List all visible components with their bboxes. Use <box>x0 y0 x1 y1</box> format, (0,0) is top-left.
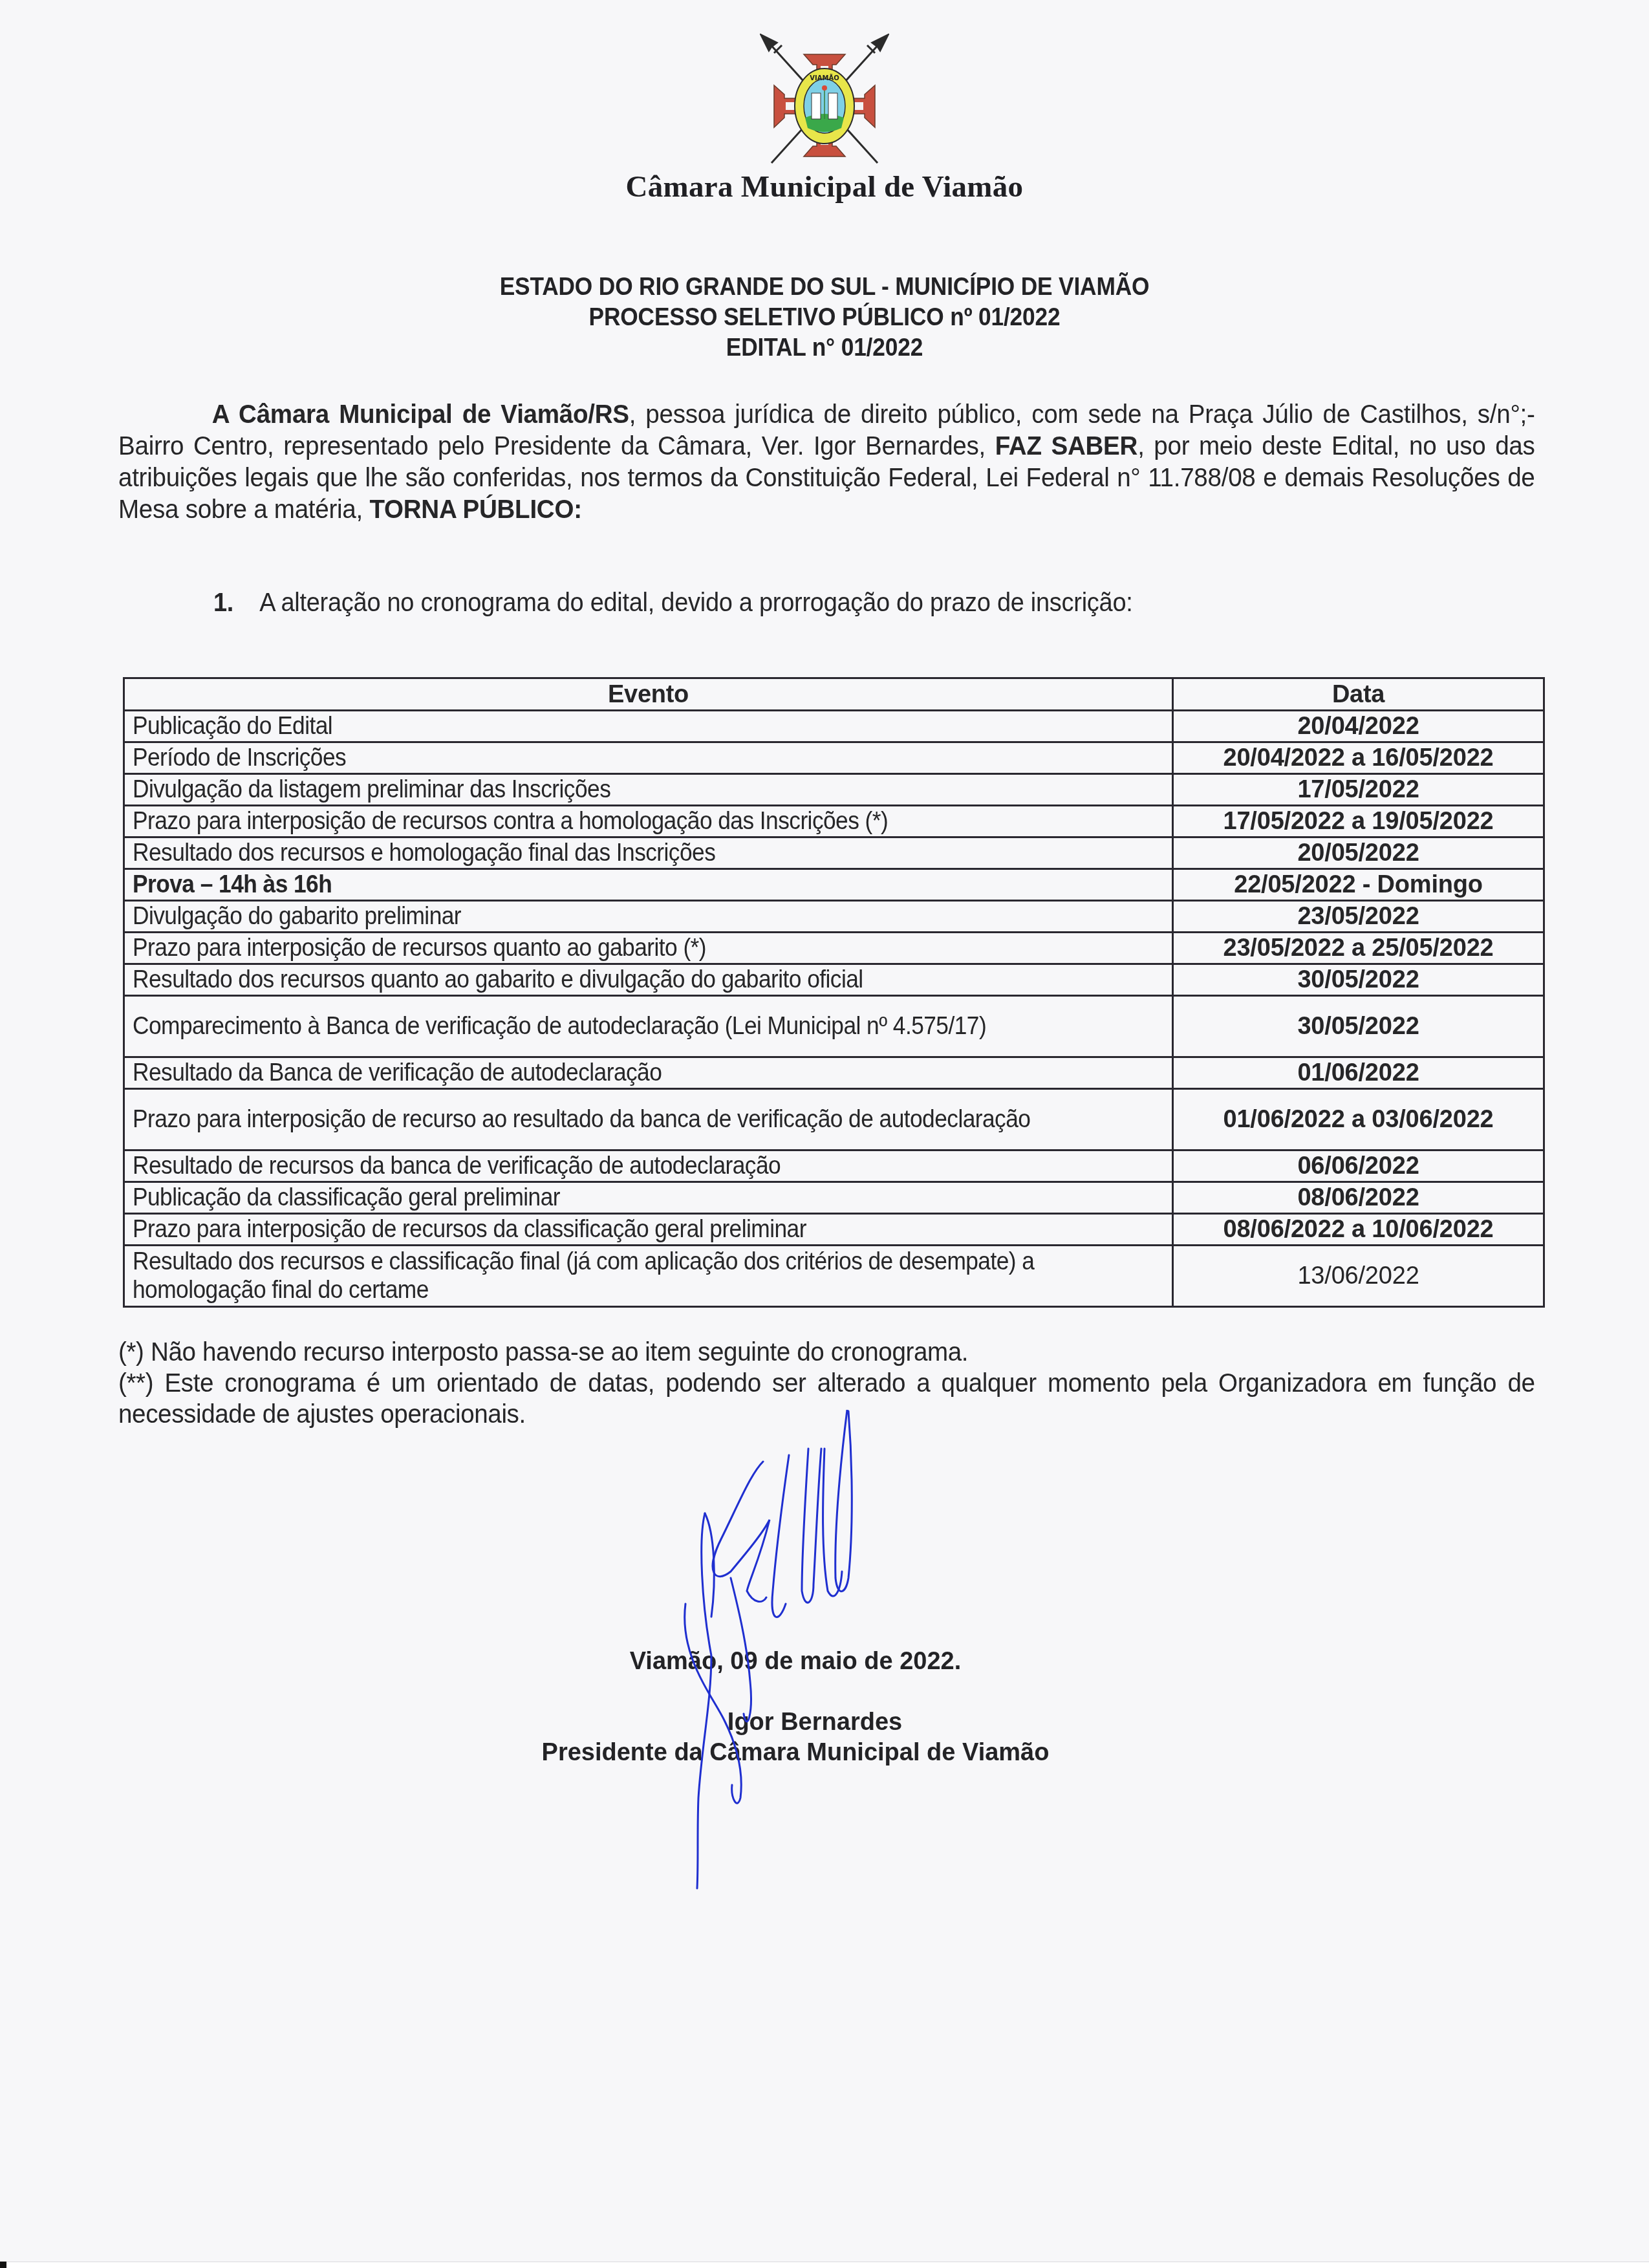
event-cell: Publicação do Edital <box>124 711 1173 742</box>
list-item-text: A alteração no cronograma do edital, dev… <box>259 589 1132 617</box>
org-name: Câmara Municipal de Viamão <box>0 169 1649 204</box>
event-cell: Divulgação da listagem preliminar das In… <box>124 774 1173 806</box>
event-text: Prazo para interposição de recursos cont… <box>133 807 1159 836</box>
event-text: Período de Inscrições <box>133 744 1159 772</box>
event-cell: Prazo para interposição de recurso ao re… <box>124 1089 1173 1150</box>
list-item-1: 1.A alteração no cronograma do edital, d… <box>213 589 1133 618</box>
table-header-row: Evento Data <box>124 678 1544 711</box>
event-text: Resultado de recursos da banca de verifi… <box>133 1152 1159 1180</box>
intro-bold-torna-publico: TORNA PÚBLICO: <box>369 495 581 524</box>
event-cell: Prazo para interposição de recursos da c… <box>124 1214 1173 1246</box>
date-cell: 13/06/2022 <box>1173 1246 1544 1307</box>
date-cell: 17/05/2022 a 19/05/2022 <box>1173 806 1544 837</box>
signatory-name: Igor Bernardes <box>0 1709 1630 1736</box>
event-cell: Prazo para interposição de recursos quan… <box>124 933 1173 964</box>
event-cell: Período de Inscrições <box>124 742 1173 774</box>
date-cell: 23/05/2022 <box>1173 901 1544 933</box>
table-row: Divulgação da listagem preliminar das In… <box>124 774 1544 806</box>
date-cell: 01/06/2022 <box>1173 1057 1544 1089</box>
event-cell: Comparecimento à Banca de verificação de… <box>124 996 1173 1057</box>
event-cell: Prazo para interposição de recursos cont… <box>124 806 1173 837</box>
event-cell: Publicação da classificação geral prelim… <box>124 1182 1173 1214</box>
event-text: Publicação da classificação geral prelim… <box>133 1183 1159 1212</box>
event-cell: Resultado de recursos da banca de verifi… <box>124 1150 1173 1182</box>
signatory-role: Presidente da Câmara Municipal de Viamão <box>0 1739 1591 1767</box>
table-row: Publicação da classificação geral prelim… <box>124 1182 1544 1214</box>
signature-place-date: Viamão, 09 de maio de 2022. <box>0 1648 1591 1676</box>
column-header-data: Data <box>1173 678 1544 711</box>
date-cell: 08/06/2022 a 10/06/2022 <box>1173 1214 1544 1246</box>
event-text: Publicação do Edital <box>133 712 1159 740</box>
event-text: Prazo para interposição de recursos quan… <box>133 934 1159 962</box>
date-cell: 30/05/2022 <box>1173 996 1544 1057</box>
date-cell: 17/05/2022 <box>1173 774 1544 806</box>
event-text: Resultado dos recursos quanto ao gabarit… <box>133 966 1159 994</box>
date-cell: 01/06/2022 a 03/06/2022 <box>1173 1089 1544 1150</box>
event-cell: Prova – 14h às 16h <box>124 869 1173 901</box>
header-process-number: PROCESSO SELETIVO PÚBLICO nº 01/2022 <box>58 304 1591 332</box>
event-text: Prazo para interposição de recursos da c… <box>133 1215 1159 1244</box>
table-row: Resultado de recursos da banca de verifi… <box>124 1150 1544 1182</box>
table-row: Comparecimento à Banca de verificação de… <box>124 996 1544 1057</box>
footnote-2: (**) Este cronograma é um orientado de d… <box>118 1368 1535 1430</box>
date-cell: 08/06/2022 <box>1173 1182 1544 1214</box>
date-cell: 20/04/2022 <box>1173 711 1544 742</box>
event-cell: Resultado da Banca de verificação de aut… <box>124 1057 1173 1089</box>
header-edital-number: EDITAL n° 01/2022 <box>58 334 1591 362</box>
intro-paragraph: A Câmara Municipal de Viamão/RS, pessoa … <box>118 399 1535 526</box>
date-cell: 20/04/2022 a 16/05/2022 <box>1173 742 1544 774</box>
table-row: Resultado da Banca de verificação de aut… <box>124 1057 1544 1089</box>
table-row: Prazo para interposição de recursos quan… <box>124 933 1544 964</box>
event-text: Resultado dos recursos e homologação fin… <box>133 839 1159 867</box>
svg-text:VIAMÃO: VIAMÃO <box>810 74 839 82</box>
column-header-evento: Evento <box>124 678 1173 711</box>
table-row: Divulgação do gabarito preliminar23/05/2… <box>124 901 1544 933</box>
date-cell: 22/05/2022 - Domingo <box>1173 869 1544 901</box>
table-row: Prova – 14h às 16h22/05/2022 - Domingo <box>124 869 1544 901</box>
coat-of-arms-icon: VIAMÃO <box>760 34 889 166</box>
table-row: Resultado dos recursos e classificação f… <box>124 1246 1544 1307</box>
table-row: Prazo para interposição de recursos cont… <box>124 806 1544 837</box>
table-row: Período de Inscrições20/04/2022 a 16/05/… <box>124 742 1544 774</box>
intro-bold-faz-saber: FAZ SABER <box>995 432 1137 460</box>
date-cell: 23/05/2022 a 25/05/2022 <box>1173 933 1544 964</box>
intro-bold-institution: A Câmara Municipal de Viamão/RS <box>212 400 629 429</box>
scan-bottom-edge <box>0 2262 1649 2268</box>
table-row: Prazo para interposição de recurso ao re… <box>124 1089 1544 1150</box>
event-text: Prova – 14h às 16h <box>133 870 1159 899</box>
event-text: Comparecimento à Banca de verificação de… <box>133 1012 1159 1041</box>
event-text: Resultado dos recursos e classificação f… <box>133 1247 1159 1304</box>
date-cell: 30/05/2022 <box>1173 964 1544 996</box>
footnote-1: (*) Não havendo recurso interposto passa… <box>118 1337 1535 1368</box>
list-item-number: 1. <box>213 589 259 618</box>
event-text: Prazo para interposição de recurso ao re… <box>133 1105 1159 1134</box>
event-text: Divulgação do gabarito preliminar <box>133 902 1159 931</box>
table-row: Resultado dos recursos e homologação fin… <box>124 837 1544 869</box>
table-row: Publicação do Edital20/04/2022 <box>124 711 1544 742</box>
date-cell: 20/05/2022 <box>1173 837 1544 869</box>
event-cell: Resultado dos recursos e homologação fin… <box>124 837 1173 869</box>
event-cell: Resultado dos recursos quanto ao gabarit… <box>124 964 1173 996</box>
event-cell: Resultado dos recursos e classificação f… <box>124 1246 1173 1307</box>
header-state-municipality: ESTADO DO RIO GRANDE DO SUL - MUNICÍPIO … <box>58 274 1591 301</box>
date-cell: 06/06/2022 <box>1173 1150 1544 1182</box>
schedule-table: Evento Data Publicação do Edital20/04/20… <box>123 677 1545 1308</box>
scan-corner-mark <box>0 2262 6 2268</box>
table-row: Resultado dos recursos quanto ao gabarit… <box>124 964 1544 996</box>
event-text: Resultado da Banca de verificação de aut… <box>133 1059 1159 1087</box>
table-row: Prazo para interposição de recursos da c… <box>124 1214 1544 1246</box>
event-cell: Divulgação do gabarito preliminar <box>124 901 1173 933</box>
event-text: Divulgação da listagem preliminar das In… <box>133 775 1159 804</box>
